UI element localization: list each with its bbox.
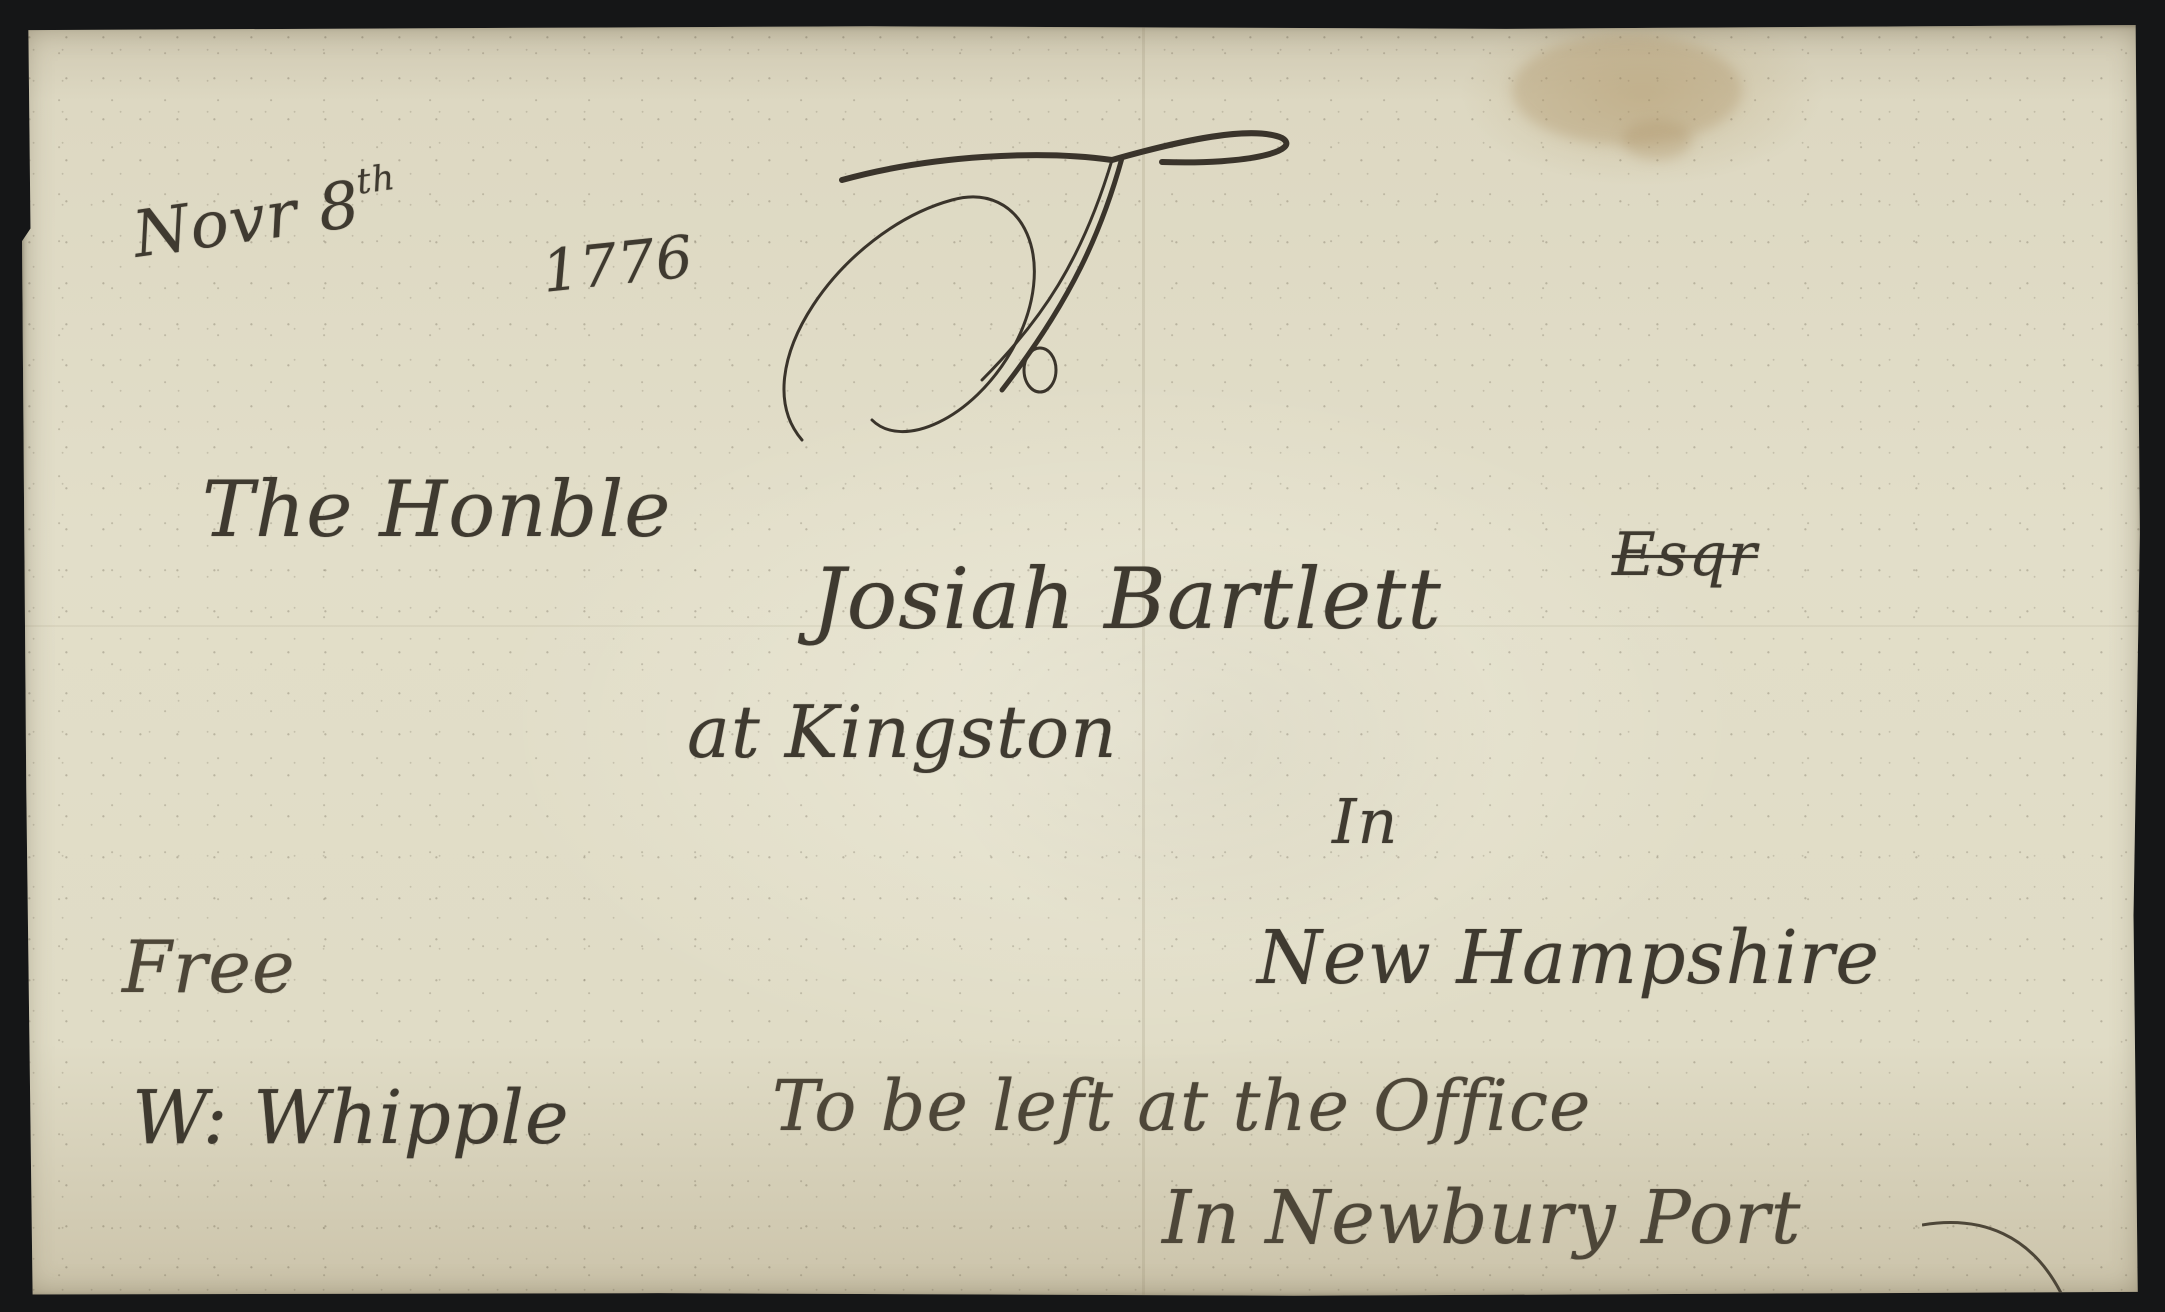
scan-background: Novr 8th 1776 To The Honble Josiah Bartl… bbox=[0, 0, 2165, 1312]
delivery-instruction-line-2: In Newbury Port bbox=[1162, 1175, 1801, 1261]
docket-date-suffix: th bbox=[354, 157, 398, 203]
water-stain bbox=[1622, 120, 1692, 160]
addressee-honorific: Esqr bbox=[1612, 520, 1758, 590]
honorific-text: Esqr bbox=[1612, 520, 1758, 590]
salutation: The Honble bbox=[202, 465, 671, 555]
free-frank: Free bbox=[122, 925, 296, 1009]
letter-sheet: Novr 8th 1776 To The Honble Josiah Bartl… bbox=[22, 25, 2142, 1297]
delivery-instruction-line-1: To be left at the Office bbox=[772, 1065, 1591, 1147]
instruction-tail-flourish bbox=[1922, 1205, 2082, 1305]
address-town: at Kingston bbox=[687, 690, 1118, 774]
address-state: New Hampshire bbox=[1257, 915, 1880, 1001]
addressee-name: Josiah Bartlett bbox=[812, 550, 1442, 648]
frank-signature: W: Whipple bbox=[132, 1075, 570, 1161]
address-in: In bbox=[1332, 785, 1398, 858]
